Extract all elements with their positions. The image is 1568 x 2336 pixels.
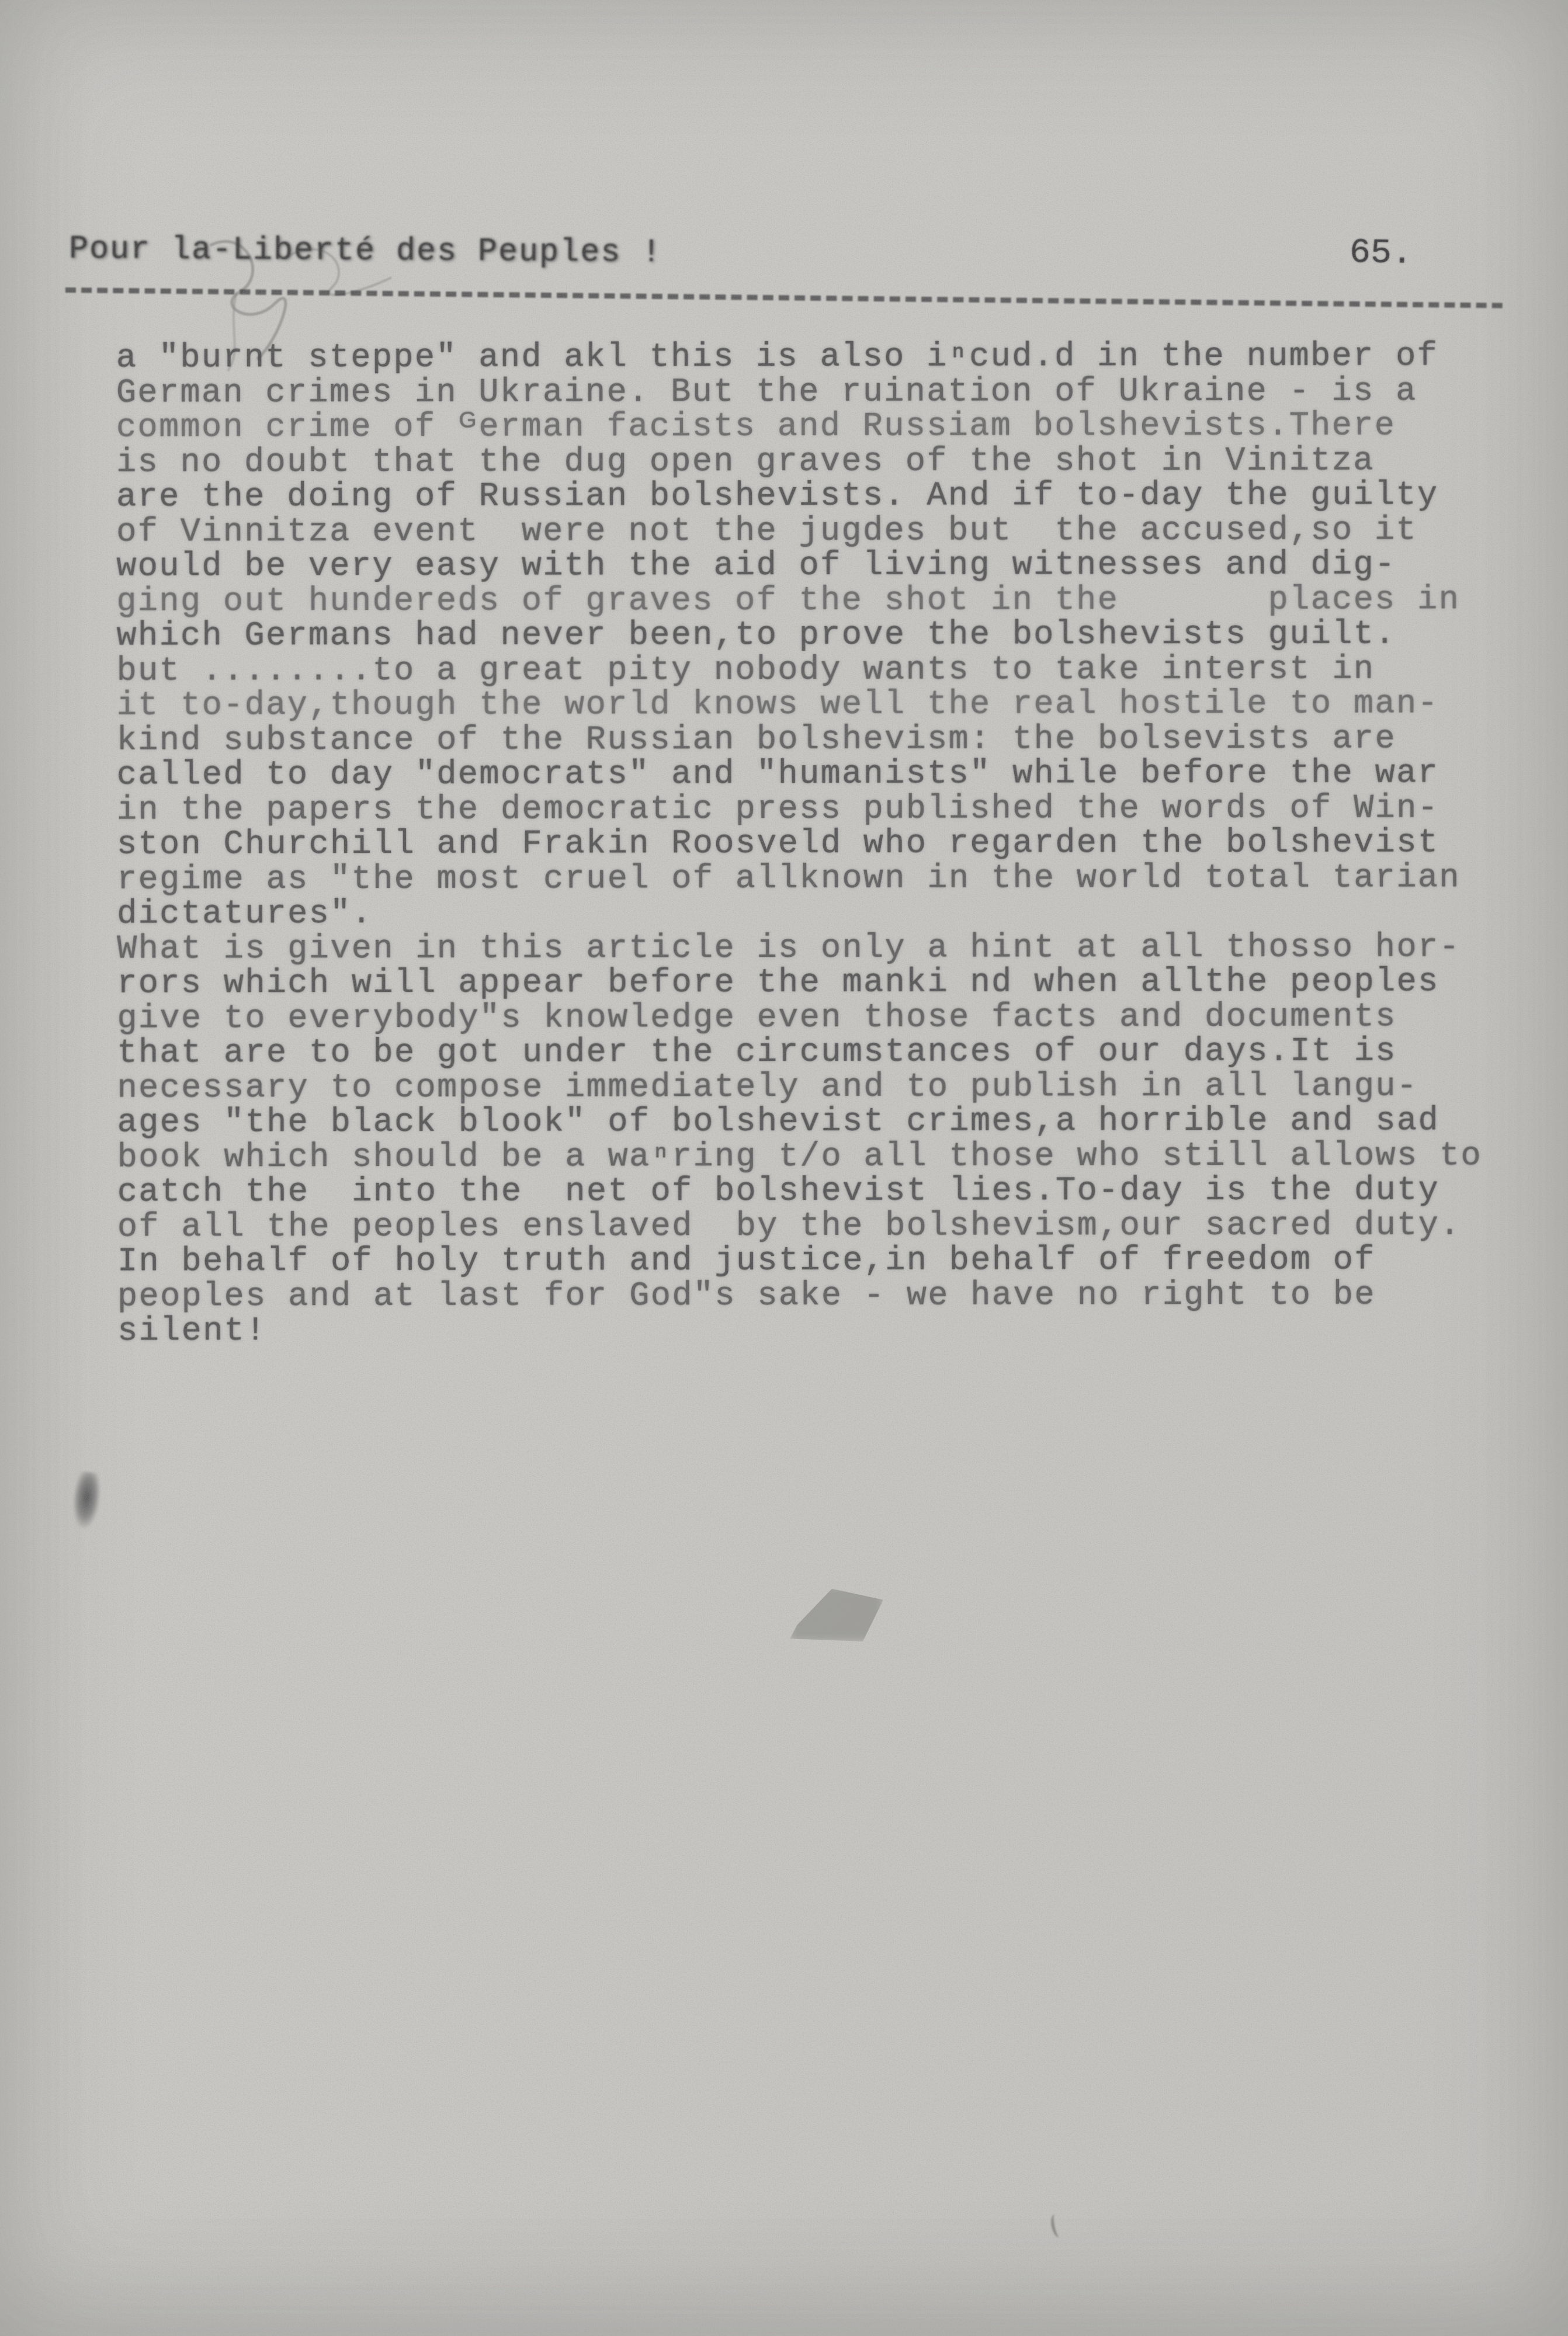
- text-line: peoples and at last for God"s sake - we …: [117, 1278, 1482, 1315]
- document-body: a "burnt steppe" and akl this is also iⁿ…: [116, 339, 1483, 1349]
- text-line: common crime of ᴳerman facists and Russi…: [116, 409, 1481, 446]
- text-line: of Vinnitza event were not the jugdes bu…: [116, 513, 1481, 550]
- text-line: dictatures".: [117, 895, 1482, 932]
- text-line: but ........to a great pity nobody wants…: [117, 652, 1482, 689]
- text-line: catch the into the net of bolshevist lie…: [117, 1174, 1482, 1210]
- page-title: Pour la-Liberté des Peuples !: [69, 231, 662, 271]
- text-line: kind substance of the Russian bolshevism…: [117, 722, 1482, 759]
- text-line: that are to be got under the circumstanc…: [117, 1035, 1482, 1071]
- text-line: regime as "the most cruel of allknown in…: [117, 861, 1482, 898]
- gray-smudge: [790, 1586, 883, 1641]
- text-line: silent!: [117, 1313, 1482, 1349]
- text-line: it to-day,though the world knows well th…: [117, 687, 1482, 724]
- text-line: What is given in this article is only a …: [117, 931, 1482, 967]
- text-line: is no doubt that the dug open graves of …: [116, 444, 1481, 481]
- text-line: are the doing of Russian bolshevists. An…: [116, 478, 1481, 515]
- text-line: ging out hundereds of graves of the shot…: [116, 583, 1481, 620]
- text-line: ages "the black blook" of bolshevist cri…: [117, 1104, 1482, 1141]
- text-line: rors which will appear before the manki …: [117, 965, 1482, 1002]
- text-line: in the papers the democratic press publi…: [117, 792, 1482, 828]
- text-line: would be very easy with the aid of livin…: [116, 548, 1481, 585]
- ink-smudge: [71, 1471, 102, 1529]
- dashed-rule: [65, 279, 1503, 308]
- text-line: ston Churchill and Frakin Roosveld who r…: [117, 826, 1482, 863]
- text-line: book which should be a waⁿring t/o all t…: [117, 1139, 1482, 1176]
- text-line: give to everybody"s knowledge even those…: [117, 1000, 1482, 1037]
- page-number: 65.: [1349, 233, 1413, 274]
- text-line: of all the peoples enslaved by the bolsh…: [117, 1209, 1482, 1245]
- text-line: necessary to compose immediately and to …: [117, 1070, 1482, 1106]
- scanned-document-page: Pour la-Liberté des Peuples ! 65. a "bur…: [0, 0, 1568, 2336]
- pencil-speck: [1049, 2213, 1065, 2238]
- text-line: which Germans had never been,to prove th…: [116, 617, 1481, 654]
- text-line: In behalf of holy truth and justice,in b…: [117, 1243, 1482, 1280]
- text-line: German crimes in Ukraine. But the ruinat…: [116, 374, 1481, 411]
- text-line: called to day "democrats" and "humanists…: [117, 756, 1482, 793]
- text-line: a "burnt steppe" and akl this is also iⁿ…: [116, 339, 1481, 376]
